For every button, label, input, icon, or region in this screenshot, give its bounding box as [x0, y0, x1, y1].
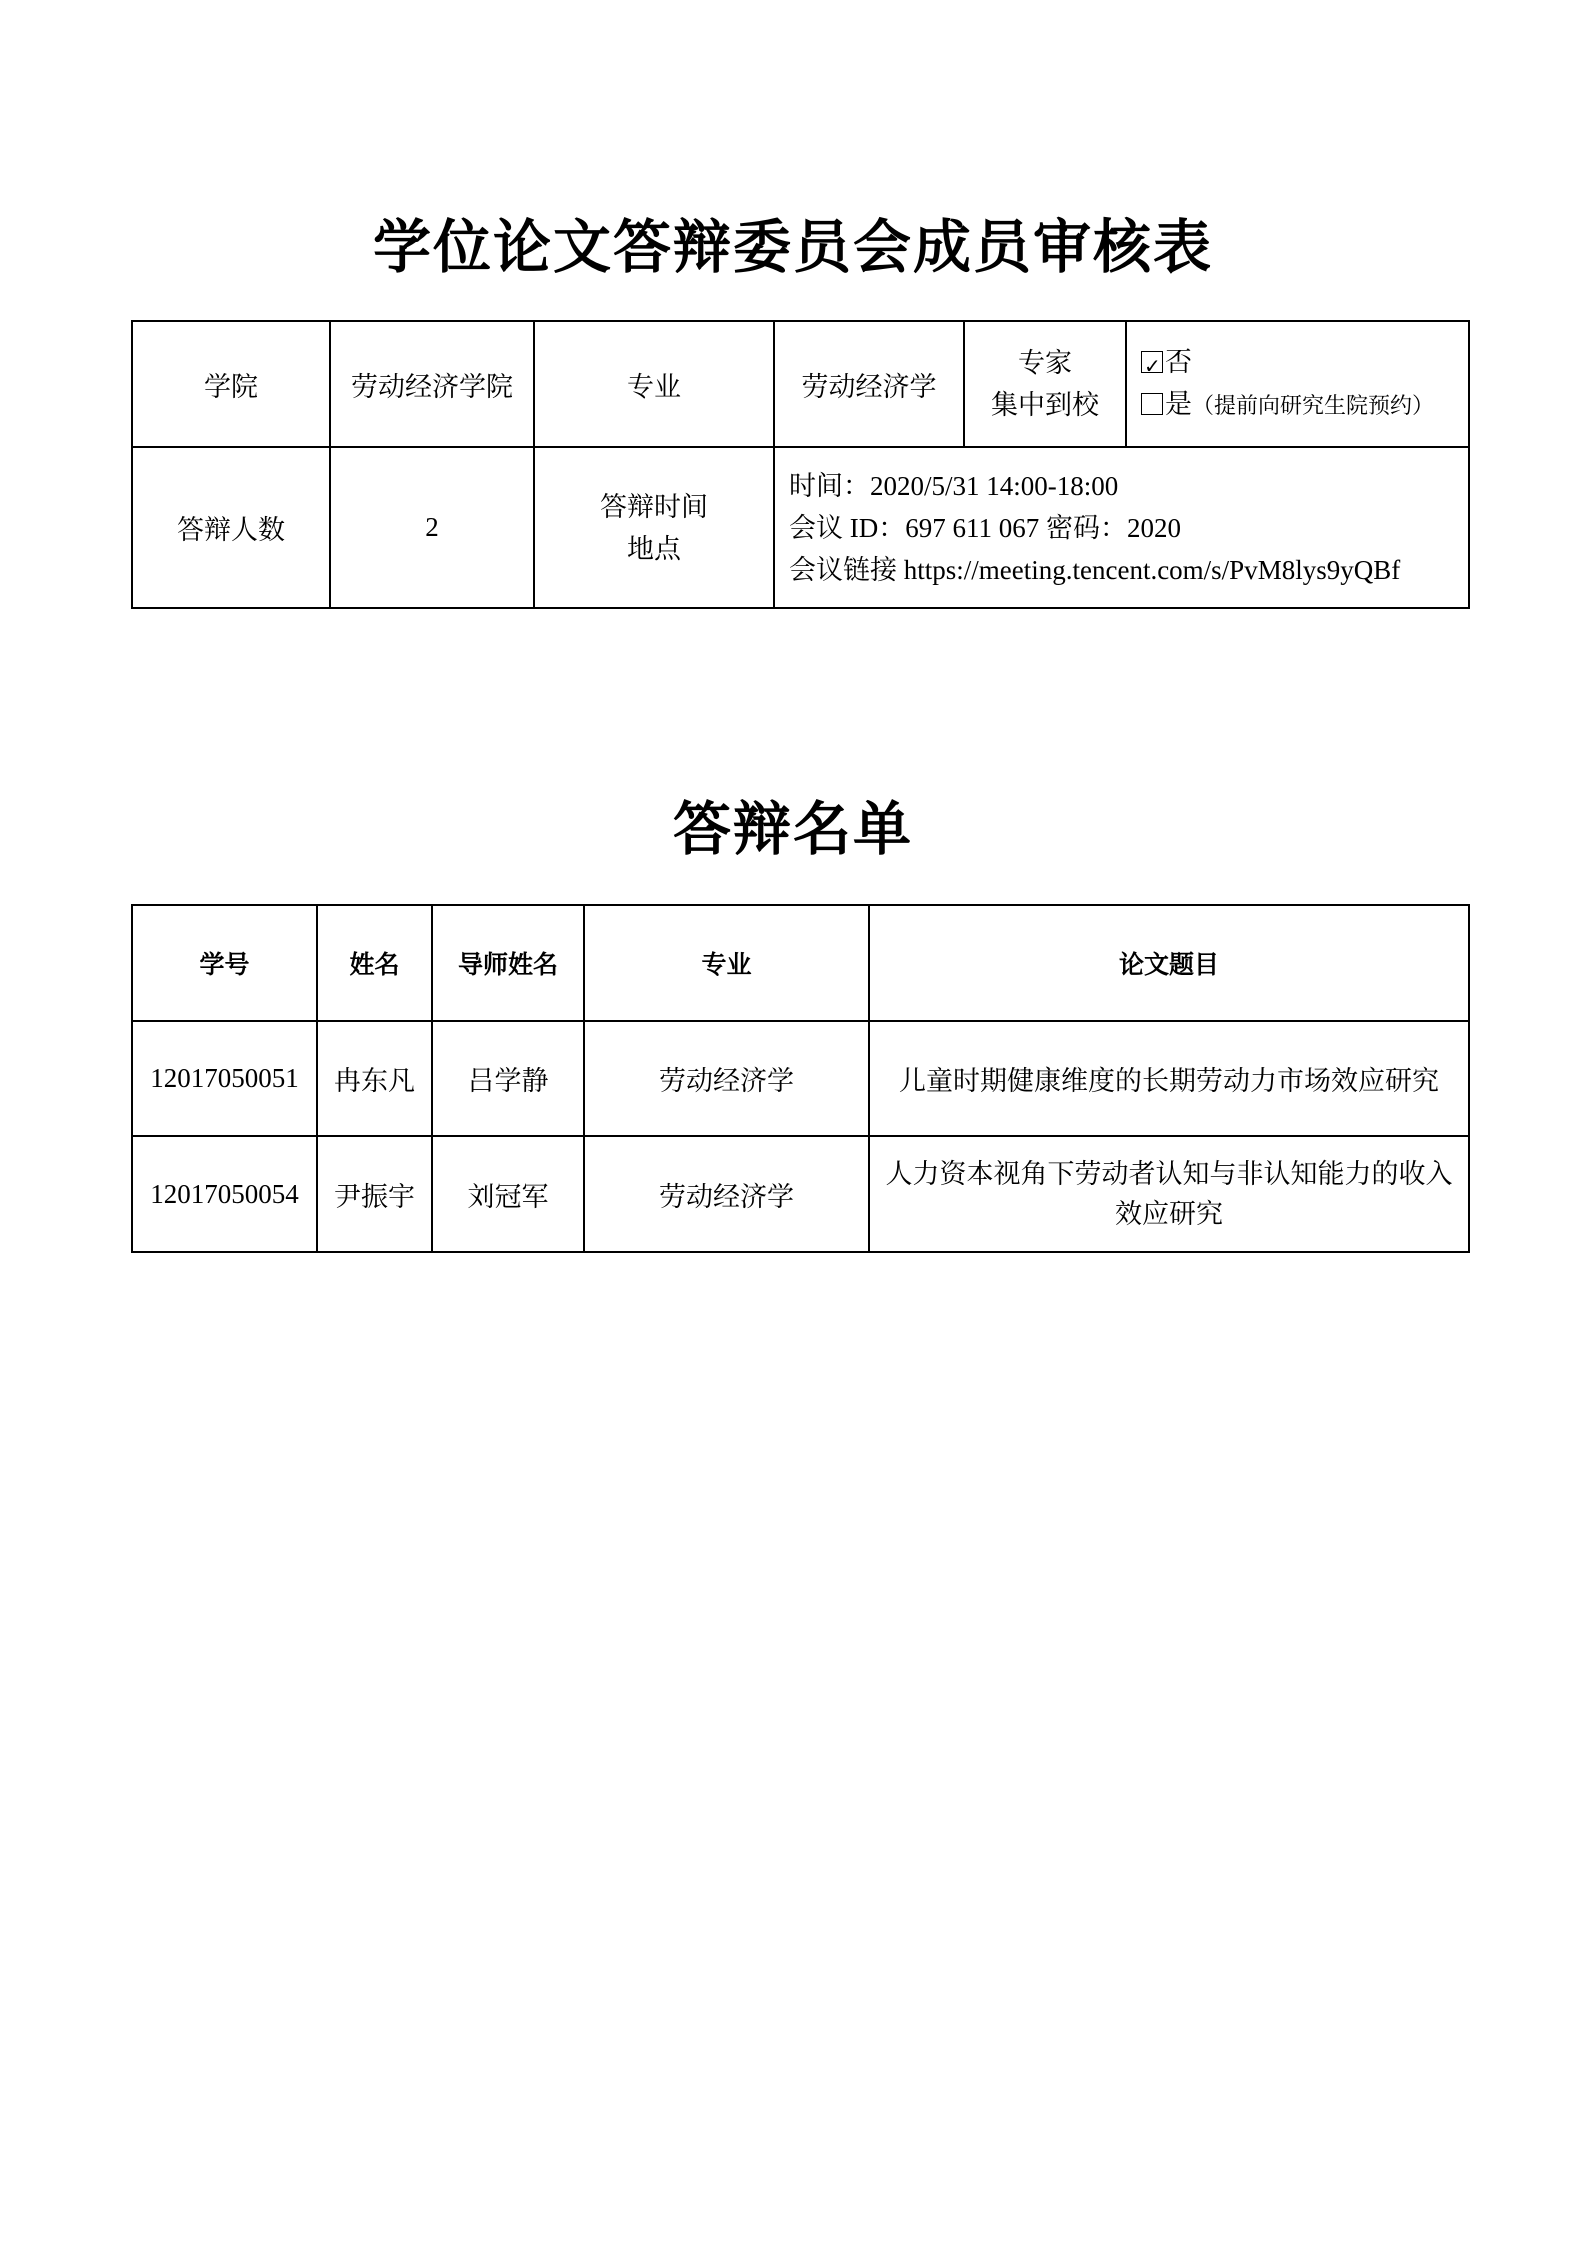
timeplace-label-line2: 地点	[543, 528, 765, 570]
review-row-college: 学院 劳动经济学院 专业 劳动经济学 专家 集中到校 否 是（提前向研究生院预约…	[132, 321, 1469, 447]
timeplace-label-line1: 答辩时间	[543, 486, 765, 528]
header-advisor: 导师姓名	[432, 905, 584, 1021]
header-thesis-title: 论文题目	[869, 905, 1469, 1021]
option-yes[interactable]: 是（提前向研究生院预约）	[1141, 383, 1460, 427]
checkbox-unchecked-icon[interactable]	[1141, 393, 1163, 415]
review-table: 学院 劳动经济学院 专业 劳动经济学 专家 集中到校 否 是（提前向研究生院预约…	[131, 320, 1470, 609]
table-header-row: 学号 姓名 导师姓名 专业 论文题目	[132, 905, 1469, 1021]
meeting-time: 时间：2020/5/31 14:00-18:00	[789, 465, 1460, 507]
defense-list-table: 学号 姓名 导师姓名 专业 论文题目 12017050051 冉东凡 吕学静 劳…	[131, 904, 1470, 1253]
meeting-id: 会议 ID：697 611 067 密码：2020	[789, 507, 1460, 549]
header-name: 姓名	[317, 905, 432, 1021]
meeting-info: 时间：2020/5/31 14:00-18:00 会议 ID：697 611 0…	[774, 447, 1469, 608]
major: 劳动经济学	[584, 1136, 869, 1252]
review-row-schedule: 答辩人数 2 答辩时间 地点 时间：2020/5/31 14:00-18:00 …	[132, 447, 1469, 608]
table-row: 12017050054 尹振宇 刘冠军 劳动经济学 人力资本视角下劳动者认知与非…	[132, 1136, 1469, 1252]
expert-label: 专家 集中到校	[964, 321, 1126, 447]
thesis-title: 儿童时期健康维度的长期劳动力市场效应研究	[869, 1021, 1469, 1136]
expert-label-line2: 集中到校	[973, 384, 1117, 426]
option-no-label: 否	[1165, 347, 1192, 377]
student-name: 冉东凡	[317, 1021, 432, 1136]
expert-options: 否 是（提前向研究生院预约）	[1126, 321, 1469, 447]
option-no[interactable]: 否	[1141, 341, 1460, 383]
checkbox-checked-icon[interactable]	[1141, 351, 1163, 373]
header-major: 专业	[584, 905, 869, 1021]
thesis-title: 人力资本视角下劳动者认知与非认知能力的收入效应研究	[869, 1136, 1469, 1252]
count-label: 答辩人数	[132, 447, 330, 608]
timeplace-label: 答辩时间 地点	[534, 447, 774, 608]
expert-label-line1: 专家	[973, 342, 1117, 384]
list-title: 答辩名单	[0, 782, 1586, 866]
major: 劳动经济学	[584, 1021, 869, 1136]
header-student-id: 学号	[132, 905, 317, 1021]
major-label: 专业	[534, 321, 774, 447]
count-value: 2	[330, 447, 534, 608]
meeting-link[interactable]: 会议链接 https://meeting.tencent.com/s/PvM8l…	[789, 549, 1460, 591]
advisor-name: 刘冠军	[432, 1136, 584, 1252]
student-id: 12017050051	[132, 1021, 317, 1136]
advisor-name: 吕学静	[432, 1021, 584, 1136]
college-value: 劳动经济学院	[330, 321, 534, 447]
student-id: 12017050054	[132, 1136, 317, 1252]
major-value: 劳动经济学	[774, 321, 964, 447]
student-name: 尹振宇	[317, 1136, 432, 1252]
page-title: 学位论文答辩委员会成员审核表	[0, 200, 1586, 284]
option-yes-label: 是	[1165, 389, 1192, 419]
option-yes-note: （提前向研究生院预约）	[1192, 393, 1434, 418]
college-label: 学院	[132, 321, 330, 447]
table-row: 12017050051 冉东凡 吕学静 劳动经济学 儿童时期健康维度的长期劳动力…	[132, 1021, 1469, 1136]
